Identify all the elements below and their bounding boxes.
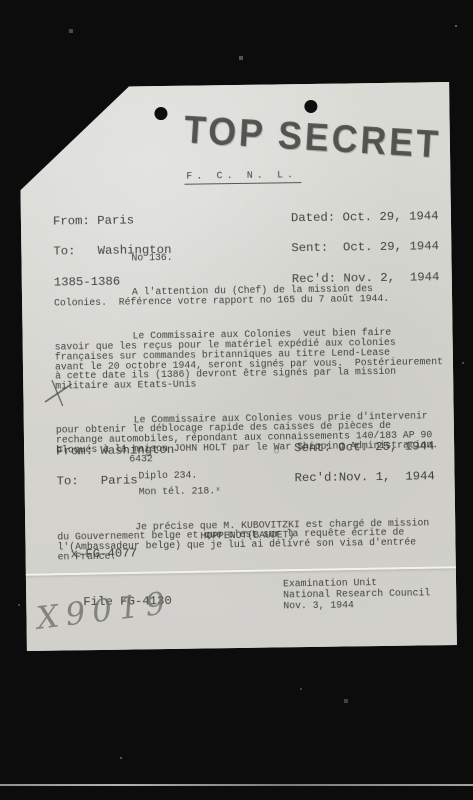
examination-unit-block: Examination Unit National Research Counc…: [283, 576, 430, 611]
punch-hole-icon: [154, 107, 167, 120]
message2-diplo-reference: Diplo 234.: [138, 471, 197, 482]
message2-from: From: Washington: [56, 444, 174, 456]
message1-number: No 136.: [53, 249, 453, 264]
scanned-document: TOP SECRET F. C. N. L. From: Paris To: W…: [0, 0, 473, 800]
scan-artifact-line: [0, 784, 473, 786]
message1-from: From: Paris: [53, 215, 171, 227]
message2-number: 6432: [129, 454, 153, 464]
signature-line: HOPPENOT(BAUDET): [200, 530, 294, 541]
message2-received: Rec'd:Nov. 1, 1944: [295, 472, 435, 484]
handwritten-catalog-number: X9019: [35, 585, 174, 637]
document-page: TOP SECRET F. C. N. L. From: Paris To: W…: [19, 82, 457, 651]
pencil-six-annotation: 6: [273, 445, 280, 457]
page-corner-fold: [17, 84, 132, 192]
message1-paragraph-lend-lease: Le Commissaire aux Colonies veut bien fa…: [55, 327, 456, 391]
message1-dated: Dated: Oct. 29, 1944: [291, 211, 439, 223]
message2-telegram-reference: Mon tél. 218.ˣ: [139, 486, 221, 497]
document-heading: F. C. N. L.: [184, 169, 301, 185]
message2-file-reference: x-FG-4077: [71, 548, 138, 559]
message2-date-block: Sent: Oct. 25, 1944 Rec'd:Nov. 1, 1944: [294, 420, 435, 504]
message2-sent: Sent: Oct. 25, 1944: [294, 441, 434, 453]
scan-dust-specks: [0, 0, 2, 2]
top-secret-stamp: TOP SECRET: [183, 108, 447, 168]
punch-hole-icon: [304, 100, 317, 113]
handwritten-cross-mark: [43, 377, 73, 407]
message1-paragraph-attention: A l'attention du (Chef) de la mission de…: [54, 283, 454, 308]
